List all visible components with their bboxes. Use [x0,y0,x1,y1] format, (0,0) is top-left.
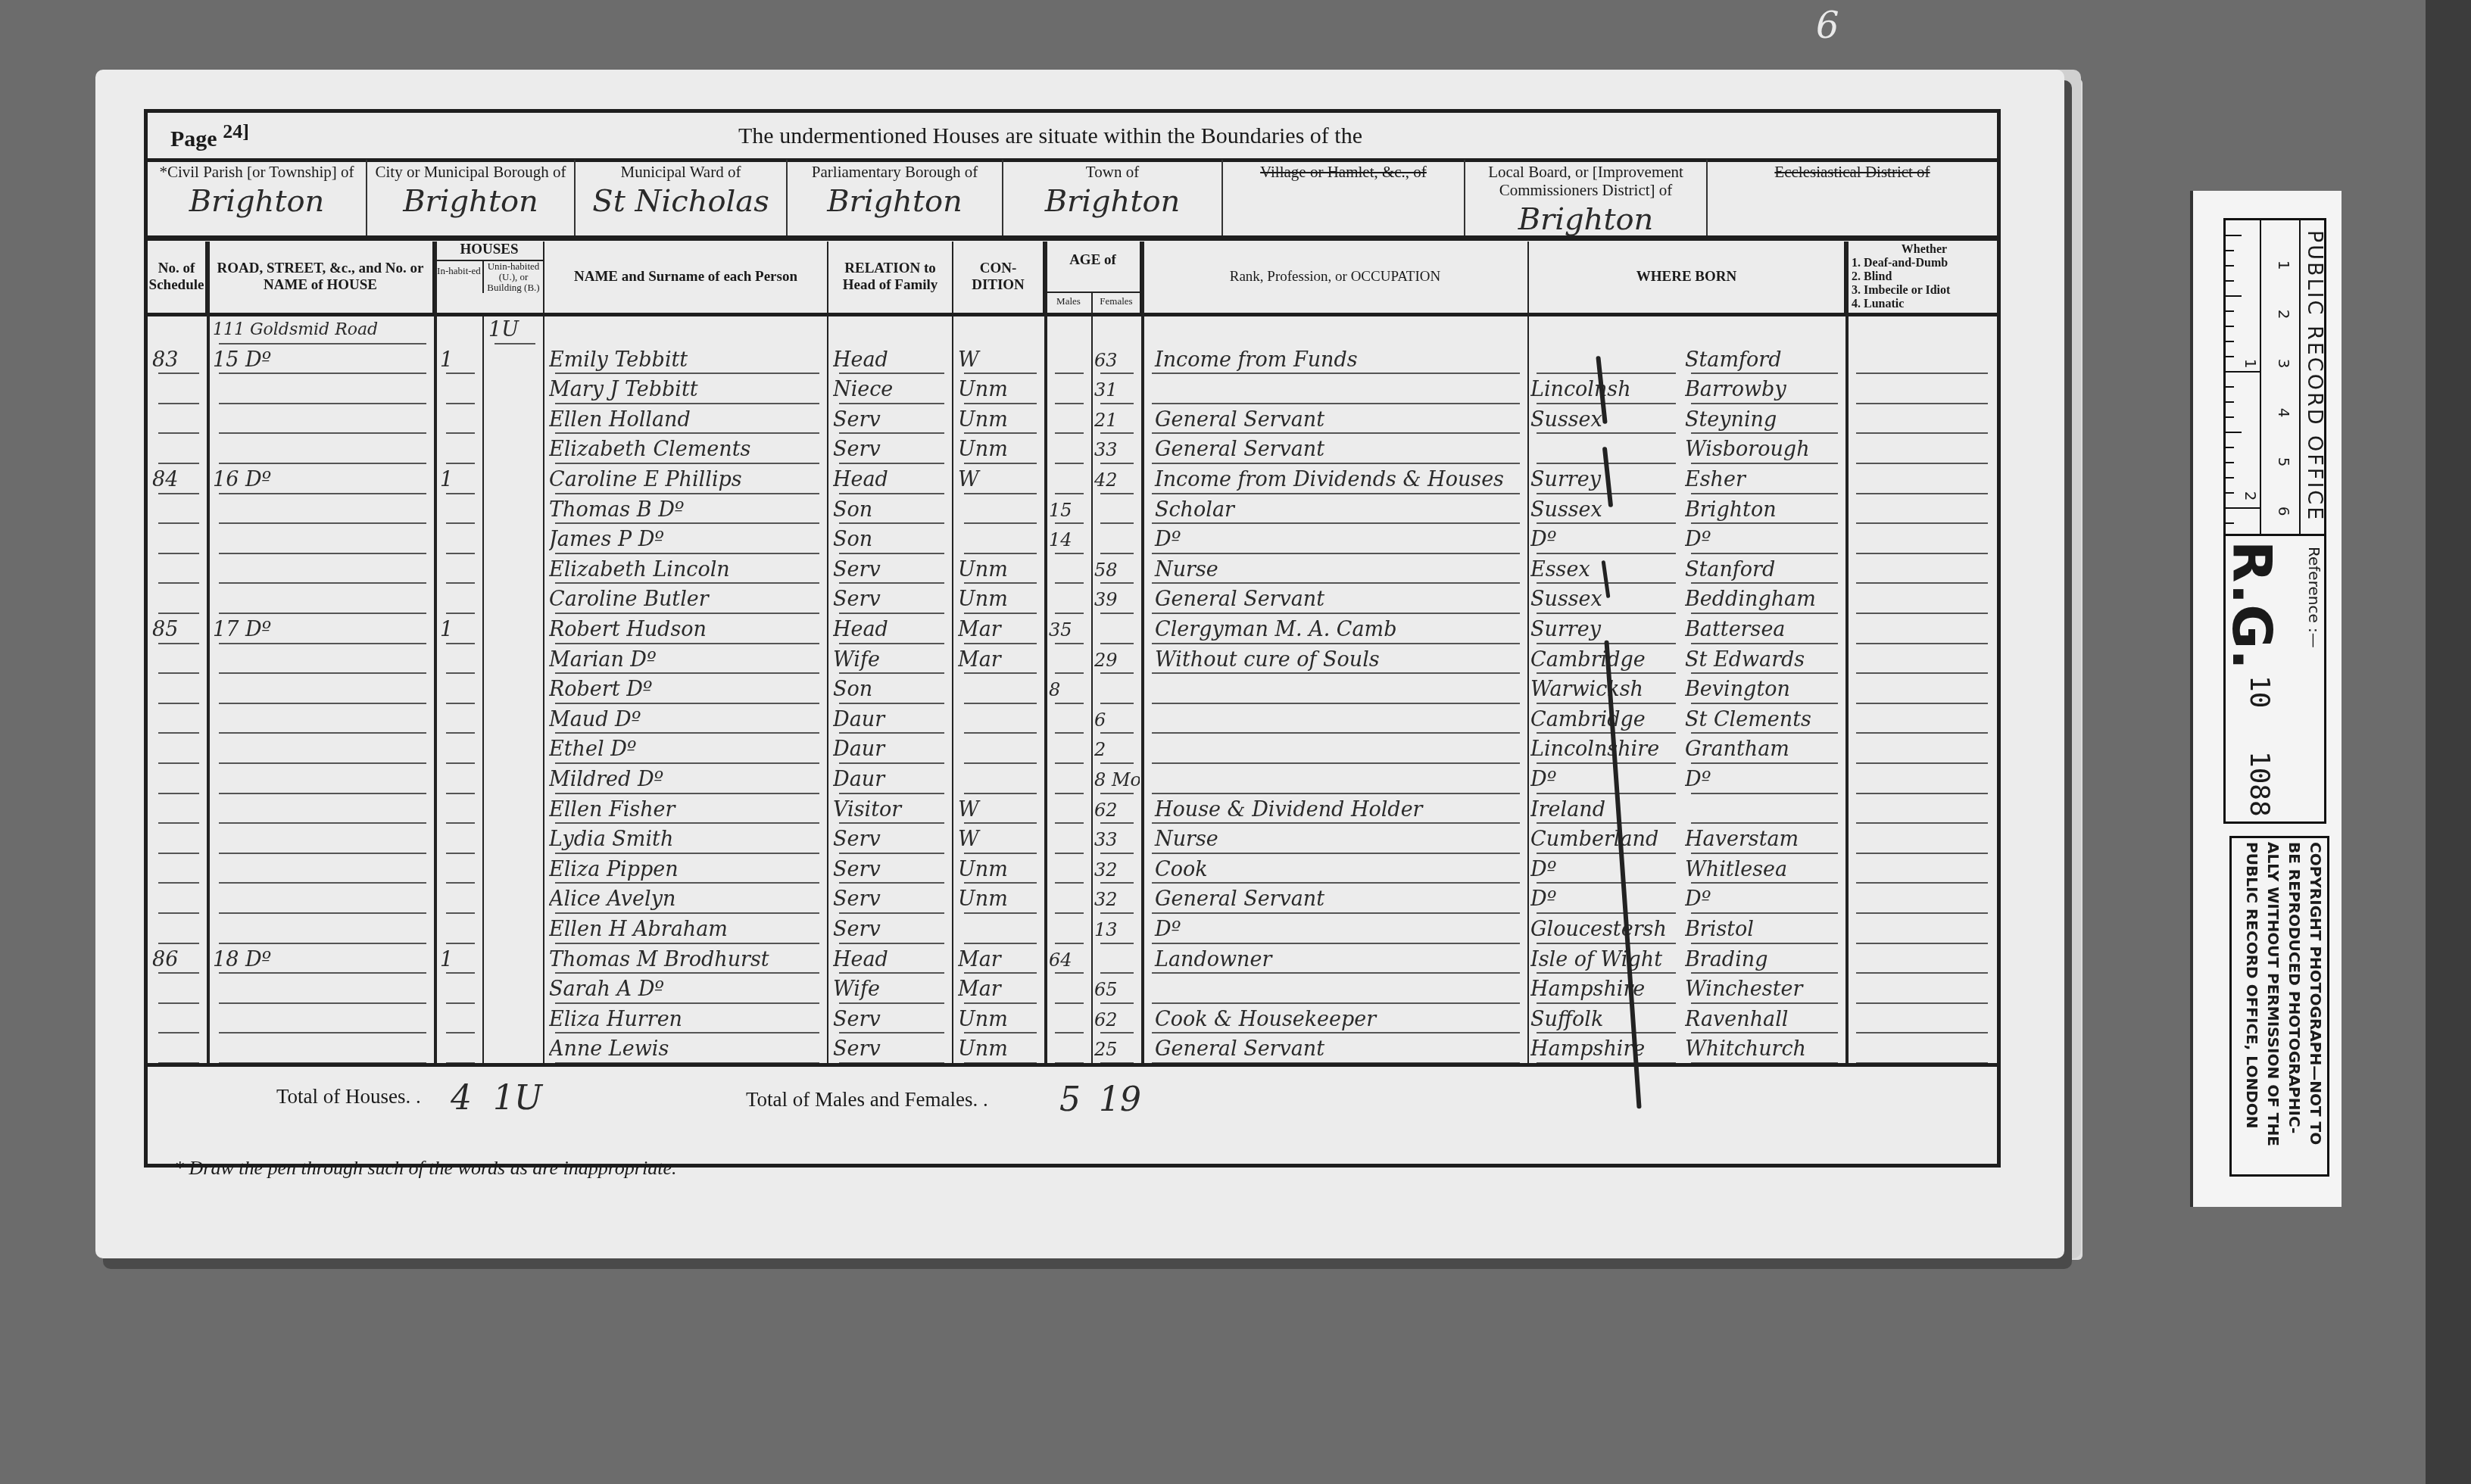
cell-age-female: 2 [1094,735,1140,765]
cell-born-place: Dº [1685,885,1844,915]
cell-age-male [1049,466,1090,496]
cell-born-county: Hampshire [1530,975,1682,1005]
cell-infirmity [1850,435,1994,466]
district-label: Municipal Ward of [576,160,786,181]
district-label: Village or Hamlet, &c., of [1223,160,1464,181]
cell-age-female [1094,496,1140,526]
cell-condition: Unm [958,406,1043,436]
cell-condition [958,765,1043,796]
cell-name: Lydia Smith [549,825,825,856]
cell-born-county: Hampshire [1530,1035,1682,1065]
cell-born-place: Grantham [1685,735,1844,765]
cell-condition: Unm [958,1035,1043,1065]
cell-condition: Unm [958,856,1043,886]
cell-schedule: 85 [152,616,205,646]
table-row: Elizabeth LincolnServUnm58NurseEssexStan… [148,556,1997,586]
cell-age-male [1049,406,1090,436]
cell-infirmity [1850,376,1994,406]
cell-infirmity [1850,946,1994,976]
cell-relation: Daur [833,706,950,736]
cell-condition: W [958,466,1043,496]
total-males: 5 [1059,1080,1081,1119]
ruler-mark: 2 [2242,491,2260,501]
cell-condition: Unm [958,556,1043,586]
totals-row: Total of Houses. . 4 1U Total of Males a… [148,1063,1997,1135]
cell-age-female [1094,616,1140,646]
cell-road: 15 Dº [213,346,432,376]
header-condition: CON-DITION [953,242,1046,313]
cell-born-place: Whitlesea [1685,856,1844,886]
cell-born-county: Isle of Wight [1530,946,1682,976]
page-label-text: Page [170,126,217,151]
cell-born-place: Beddingham [1685,585,1844,616]
cell-name: Robert Dº [549,675,825,706]
cell-infirmity [1850,585,1994,616]
cell-occupation: Dº [1146,525,1526,556]
cell-schedule [152,706,205,736]
cell-age-male [1049,856,1090,886]
cell-occupation [1146,706,1526,736]
cell-born-county [1530,346,1682,376]
cell-schedule [152,975,205,1005]
cell-age-female: 62 [1094,1005,1140,1036]
cell-age-female: 39 [1094,585,1140,616]
cell-road [213,435,432,466]
cell-age-female [1094,525,1140,556]
cell-relation: Wife [833,975,950,1005]
cell-schedule: 83 [152,346,205,376]
cell-condition: Mar [958,646,1043,676]
table-row: Mildred DºDaur8 MosDºDº [148,765,1997,796]
cell-age-male [1049,915,1090,946]
cell-infirmity [1850,856,1994,886]
cell-born-county: Dº [1530,765,1682,796]
cell-name: James P Dº [549,525,825,556]
cell-condition: Mar [958,616,1043,646]
header-occupation: Rank, Profession, or OCCUPATION [1143,242,1529,313]
cell-born-place [1685,796,1844,826]
cell-road [213,525,432,556]
cell-age-male [1049,346,1090,376]
cell-relation: Daur [833,735,950,765]
table-row: Anne LewisServUnm25General ServantHampsh… [148,1035,1997,1065]
cell-inhabited [440,765,481,796]
cell-schedule [152,735,205,765]
cell-born-place: Steyning [1685,406,1844,436]
ruler-scale: 1 2 [2223,218,2261,536]
cell-relation: Wife [833,646,950,676]
table-row: 8315 Dº1Emily TebbittHeadW63Income from … [148,346,1997,376]
cell-born-county: Cambridge [1530,706,1682,736]
cell-age-male: 8 [1049,675,1090,706]
page-label: Page 24] [170,120,249,152]
cell-condition: Unm [958,885,1043,915]
cell-name: Marian Dº [549,646,825,676]
cell-condition [958,735,1043,765]
cell-born-county: Dº [1530,525,1682,556]
district-label: Local Board, or [Improvement Commissione… [1465,160,1706,199]
cell-born-place: Dº [1685,765,1844,796]
cell-name: Alice Avelyn [549,885,825,915]
cell-name: Mary J Tebbitt [549,376,825,406]
cell-relation: Serv [833,1005,950,1036]
cell-relation: Serv [833,915,950,946]
cell-name: Caroline E Phillips [549,466,825,496]
title-row: Page 24] The undermentioned Houses are s… [148,113,1997,162]
cell-name: Anne Lewis [549,1035,825,1065]
cell-occupation: Cook [1146,856,1526,886]
cell-born-place: Barrowby [1685,376,1844,406]
cell-name: Eliza Hurren [549,1005,825,1036]
cell-condition: W [958,825,1043,856]
header-houses-label: HOUSES [435,242,543,258]
cell-infirmity [1850,346,1994,376]
cell-relation: Daur [833,765,950,796]
total-persons-label: Total of Males and Females. . [746,1088,988,1111]
table-row: Mary J TebbittNieceUnm31LincolnshBarrowb… [148,376,1997,406]
cell-age-female [1094,675,1140,706]
scale-box-label: 4 [2275,408,2293,418]
table-row: Ellen H AbrahamServ13DºGloucestershBrist… [148,915,1997,946]
cell-road [213,765,432,796]
district-value: St Nicholas [576,184,786,219]
cell-born-place: Whitchurch [1685,1035,1844,1065]
cell-road: 111 Goldsmid Road [213,316,432,346]
cell-age-male [1049,556,1090,586]
cell-condition: W [958,346,1043,376]
cell-infirmity [1850,825,1994,856]
table-row: Caroline ButlerServUnm39General ServantS… [148,585,1997,616]
cell-occupation: Scholar [1146,496,1526,526]
header-infirmity-2: 2. Blind [1852,270,1997,284]
cell-road [213,885,432,915]
cell-relation: Serv [833,585,950,616]
cell-road [213,556,432,586]
cell-age-female: 6 [1094,706,1140,736]
reference-piece-number: 1088 [2244,751,2275,817]
cell-born-place: Esher [1685,466,1844,496]
cell-born-place: Wisborough [1685,435,1844,466]
cell-road [213,1005,432,1036]
cell-inhabited [440,1005,481,1036]
scale-box-label: 6 [2275,507,2293,516]
cell-born-place: Stamford [1685,346,1844,376]
cell-occupation: General Servant [1146,406,1526,436]
cell-occupation: General Servant [1146,1035,1526,1065]
table-row: Elizabeth ClementsServUnm33General Serva… [148,435,1997,466]
cell-schedule [152,765,205,796]
table-row: Marian DºWifeMar29Without cure of SoulsC… [148,646,1997,676]
cell-infirmity [1850,735,1994,765]
cell-inhabited [440,646,481,676]
cell-schedule [152,376,205,406]
table-row: Ellen HollandServUnm21General ServantSus… [148,406,1997,436]
header-infirmity-1: 1. Deaf-and-Dumb [1852,257,1997,270]
cell-age-female: 32 [1094,856,1140,886]
cell-name: Ellen Holland [549,406,825,436]
cell-inhabited [440,675,481,706]
header-houses: HOUSES In-habit-ed Unin-habited (U.), or… [435,242,544,313]
header-relation: RELATION to Head of Family [828,242,953,313]
cell-born-county: Gloucestersh [1530,915,1682,946]
cell-inhabited: 1 [440,616,481,646]
cell-relation: Serv [833,825,950,856]
header-infirmity: Whether 1. Deaf-and-Dumb 2. Blind 3. Imb… [1847,242,1997,313]
table-row: James P DºSon14DºDºDº [148,525,1997,556]
cell-name: Thomas B Dº [549,496,825,526]
cell-relation: Serv [833,556,950,586]
cell-uninhabited: 1U [488,316,541,346]
cell-born-place: Battersea [1685,616,1844,646]
cell-name: Elizabeth Lincoln [549,556,825,586]
cell-age-female: 32 [1094,885,1140,915]
cell-age-male [1049,735,1090,765]
cell-infirmity [1850,525,1994,556]
cell-road: 17 Dº [213,616,432,646]
preamble-row: 111 Goldsmid Road 1U [148,316,1997,346]
cell-occupation [1146,765,1526,796]
district-municipal-ward: Municipal Ward of St Nicholas [576,160,788,235]
footnote: * Draw the pen through such of the words… [174,1157,676,1180]
cell-born-county: Lincolnshire [1530,735,1682,765]
cell-age-male: 35 [1049,616,1090,646]
cell-relation: Head [833,346,950,376]
cell-name: Maud Dº [549,706,825,736]
table-row: Robert DºSon8WarwickshBevington [148,675,1997,706]
cell-road [213,496,432,526]
table-row: Alice AvelynServUnm32General ServantDºDº [148,885,1997,915]
reference-series-number: 10 [2244,675,2275,708]
cell-inhabited [440,706,481,736]
cell-schedule: 84 [152,466,205,496]
cell-name: Mildred Dº [549,765,825,796]
district-town: Town of Brighton [1003,160,1223,235]
cell-inhabited [440,525,481,556]
cell-road [213,856,432,886]
folio-mark: 6 [1816,5,1839,47]
cell-inhabited [440,915,481,946]
cell-inhabited [440,885,481,915]
district-label: Ecclesiastical District of [1708,160,1997,181]
page-number: 24] [223,120,249,142]
cell-infirmity [1850,406,1994,436]
cell-name: Eliza Pippen [549,856,825,886]
table-row: Thomas B DºSon15ScholarSussexBrighton [148,496,1997,526]
cell-inhabited: 1 [440,946,481,976]
cell-schedule [152,556,205,586]
cell-name: Sarah A Dº [549,975,825,1005]
cell-relation: Serv [833,885,950,915]
cell-road [213,1035,432,1065]
cell-schedule [152,856,205,886]
copyright-notice: COPYRIGHT PHOTOGRAPH—NOT TO BE REPRODUCE… [2242,842,2326,1146]
cell-name: Caroline Butler [549,585,825,616]
scale-box-label: 2 [2275,310,2293,320]
district-label: *Civil Parish [or Township] of [148,160,366,181]
cell-occupation [1146,376,1526,406]
cell-age-female: 29 [1094,646,1140,676]
cell-inhabited [440,406,481,436]
cell-inhabited [440,856,481,886]
cell-occupation: Nurse [1146,556,1526,586]
cell-inhabited [440,796,481,826]
district-row: *Civil Parish [or Township] of Brighton … [148,160,1997,241]
reference-series-prefix: R.G. [2220,541,2284,670]
cell-age-female: 42 [1094,466,1140,496]
cell-inhabited [440,496,481,526]
cell-condition: Unm [958,376,1043,406]
cell-age-female: 33 [1094,435,1140,466]
background-edge [2426,0,2471,1484]
cell-schedule [152,915,205,946]
page-title: The undermentioned Houses are situate wi… [738,123,1362,149]
cell-condition [958,706,1043,736]
header-males: Males [1046,293,1093,310]
district-municipal-borough: City or Municipal Borough of Brighton [367,160,576,235]
cell-occupation: Income from Funds [1146,346,1526,376]
cell-relation: Visitor [833,796,950,826]
cell-schedule [152,1005,205,1036]
cell-infirmity [1850,675,1994,706]
scale-boxes: 1 2 3 4 5 6 [2261,218,2301,536]
cell-age-male [1049,885,1090,915]
cell-condition [958,915,1043,946]
cell-born-county: Sussex [1530,496,1682,526]
district-label: Town of [1003,160,1221,181]
cell-age-male [1049,706,1090,736]
cell-condition: Unm [958,435,1043,466]
ruler-mark: 1 [2242,359,2260,369]
cell-age-male: 15 [1049,496,1090,526]
cell-inhabited [440,825,481,856]
total-houses-uninhabited: 1U [493,1079,542,1118]
cell-age-male [1049,825,1090,856]
cell-road [213,406,432,436]
cell-born-place: St Edwards [1685,646,1844,676]
cell-inhabited [440,735,481,765]
cell-relation: Head [833,466,950,496]
cell-age-female: 13 [1094,915,1140,946]
table-row: Ethel DºDaur2LincolnshireGrantham [148,735,1997,765]
cell-condition [958,675,1043,706]
cell-schedule [152,1035,205,1065]
cell-schedule: 86 [152,946,205,976]
cell-schedule [152,585,205,616]
cell-relation: Serv [833,435,950,466]
header-schedule: No. of Schedule [148,242,208,313]
cell-name: Thomas M Brodhurst [549,946,825,976]
cell-born-county: Lincolnsh [1530,376,1682,406]
table-row: 8416 Dº1Caroline E PhillipsHeadW42Income… [148,466,1997,496]
total-females: 19 [1099,1080,1141,1119]
cell-inhabited [440,975,481,1005]
table-row: Eliza HurrenServUnm62Cook & HousekeeperS… [148,1005,1997,1036]
cell-infirmity [1850,616,1994,646]
reference-label: Reference :— [2305,547,2323,648]
cell-born-place: Bristol [1685,915,1844,946]
cell-schedule [152,825,205,856]
cell-road [213,706,432,736]
cell-occupation: Without cure of Souls [1146,646,1526,676]
scale-box-label: 5 [2275,457,2293,467]
cell-born-county: Dº [1530,885,1682,915]
cell-inhabited: 1 [440,346,481,376]
cell-age-male [1049,796,1090,826]
header-age: AGE of Males Females [1046,242,1143,313]
cell-occupation: Cook & Housekeeper [1146,1005,1526,1036]
cell-schedule [152,796,205,826]
cell-born-place: Brading [1685,946,1844,976]
cell-age-male [1049,376,1090,406]
cell-condition: Mar [958,975,1043,1005]
district-ecclesiastical: Ecclesiastical District of [1708,160,1997,235]
cell-road [213,735,432,765]
total-houses-label: Total of Houses. . [276,1085,421,1108]
district-label: Parliamentary Borough of [788,160,1002,181]
cell-condition: W [958,796,1043,826]
cell-schedule [152,646,205,676]
cell-relation: Niece [833,376,950,406]
header-road: ROAD, STREET, &c., and No. or NAME of HO… [208,242,435,313]
cell-road [213,796,432,826]
cell-age-male [1049,435,1090,466]
cell-occupation [1146,735,1526,765]
header-females: Females [1093,293,1140,310]
header-infirmity-4: 4. Lunatic [1852,298,1997,311]
cell-infirmity [1850,796,1994,826]
header-inhabited: In-habit-ed [435,261,484,293]
cell-age-male: 14 [1049,525,1090,556]
cell-age-female: 58 [1094,556,1140,586]
cell-road [213,915,432,946]
cell-road [213,825,432,856]
table-row: Ellen FisherVisitorW62House & Dividend H… [148,796,1997,826]
table-row: 8517 Dº1Robert HudsonHeadMar35Clergyman … [148,616,1997,646]
cell-infirmity [1850,765,1994,796]
cell-age-female: 21 [1094,406,1140,436]
cell-condition: Unm [958,585,1043,616]
cell-occupation: Dº [1146,915,1526,946]
district-civil-parish: *Civil Parish [or Township] of Brighton [148,160,367,235]
office-title: PUBLIC RECORD OFFICE [2303,230,2326,522]
cell-age-female: 8 Mos [1094,765,1140,796]
header-infirmity-title: Whether [1852,243,1997,257]
cell-age-male [1049,1035,1090,1065]
cell-born-place: Haverstam [1685,825,1844,856]
cell-name: Ellen Fisher [549,796,825,826]
cell-road [213,675,432,706]
cell-relation: Son [833,496,950,526]
district-value: Brighton [1465,202,1706,237]
cell-infirmity [1850,885,1994,915]
cell-schedule [152,525,205,556]
cell-inhabited [440,435,481,466]
cell-born-county: Warwicksh [1530,675,1682,706]
cell-born-place: Stanford [1685,556,1844,586]
district-value: Brighton [788,184,1002,219]
cell-infirmity [1850,1005,1994,1036]
cell-relation: Head [833,946,950,976]
header-name: NAME and Surname of each Person [544,242,828,313]
cell-inhabited: 1 [440,466,481,496]
cell-inhabited [440,556,481,586]
header-age-label: AGE of [1046,242,1140,291]
cell-condition [958,496,1043,526]
cell-age-female: 31 [1094,376,1140,406]
table-row: Sarah A DºWifeMar65HampshireWinchester [148,975,1997,1005]
cell-road [213,975,432,1005]
cell-occupation: General Servant [1146,435,1526,466]
